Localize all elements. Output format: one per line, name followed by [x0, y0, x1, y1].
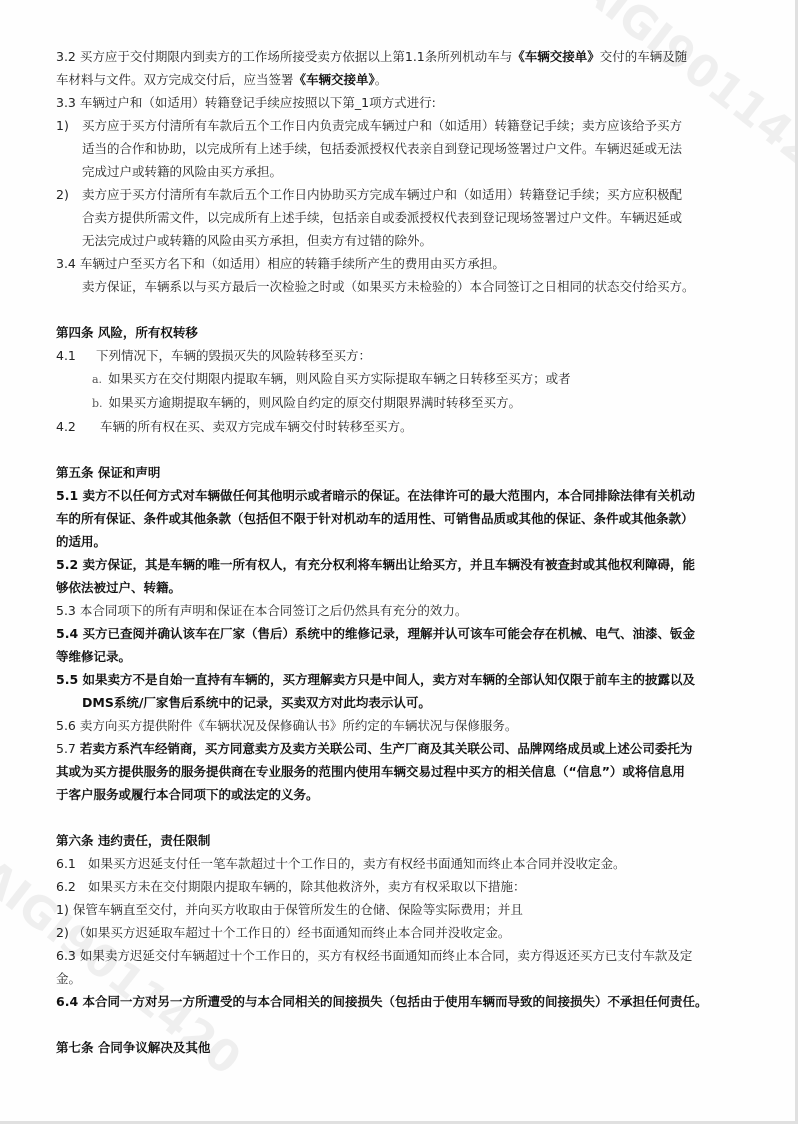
clause-number: 5.4 [56, 626, 78, 641]
clause-3-3-item-2-line-1: 2)卖方应于买方付清所有车款后五个工作日内协助买方完成车辆过户和（如适用）转籍登… [56, 183, 746, 206]
clause-number: 5.6 [56, 718, 76, 733]
clause-4-1: 4.1下列情况下，车辆的毁损灭失的风险转移至买方： [56, 344, 746, 367]
clause-text: 若卖方系汽车经销商，买方同意卖方及卖方关联公司、生产厂商及其关联公司、品牌网络成… [80, 741, 693, 756]
item-text: 合卖方提供所需文件，以完成所有上述手续，包括亲自或委派授权代表到登记现场签署过户… [82, 210, 682, 225]
clause-3-2-line-2: 车材料与文件。双方完成交付后，应当签署《车辆交接单》。 [56, 68, 746, 91]
clause-3-3-item-2-line-2: 合卖方提供所需文件，以完成所有上述手续，包括亲自或委派授权代表到登记现场签署过户… [56, 206, 746, 229]
clause-5-6: 5.6 卖方向买方提供附件《车辆状况及保修确认书》所约定的车辆状况与保修服务。 [56, 714, 746, 737]
sub-letter: b. [92, 397, 103, 410]
clause-6-4: 6.4 本合同一方对另一方所遭受的与本合同相关的间接损失（包括由于使用车辆而导致… [56, 990, 746, 1013]
clause-text: 交付的车辆及随 [600, 49, 688, 64]
clause-3-2-line-1: 3.2 买方应于交付期限内到卖方的工作场所接受卖方依据以上第1.1条所列机动车与… [56, 45, 746, 68]
sub-text: 如果买方逾期提取车辆的，则风险自约定的原交付期限界满时转移至买方。 [109, 395, 522, 410]
clause-number: 4.2 [56, 415, 100, 438]
item-text: 完成过户或转籍的风险由买方承担。 [82, 164, 282, 179]
clause-5-5-line-2: DMS系统/厂家售后系统中的记录，买卖双方对此均表示认可。 [56, 691, 746, 714]
clause-6-2-item-2: 2) （如果买方迟延取车超过十个工作日的）经书面通知而终止本合同并没收定金。 [56, 921, 746, 944]
clause-3-3: 3.3 车辆过户和（如适用）转籍登记手续应按照以下第_1项方式进行: [56, 91, 746, 114]
clause-6-1: 6.1如果买方迟延支付任一笔车款超过十个工作日的，卖方有权经书面通知而终止本合同… [56, 852, 746, 875]
clause-6-3-line-2: 金。 [56, 967, 746, 990]
clause-5-2-line-1: 5.2 卖方保证，其是车辆的唯一所有权人，有充分权利将车辆出让给买方，并且车辆没… [56, 553, 746, 576]
clause-4-2: 4.2车辆的所有权在买、卖双方完成车辆交付时转移至买方。 [56, 415, 746, 438]
clause-5-7-line-1: 5.7 若卖方系汽车经销商，买方同意卖方及卖方关联公司、生产厂商及其关联公司、品… [56, 737, 746, 760]
clause-5-1-line-3: 的适用。 [56, 530, 746, 553]
fill-blank: _1 [355, 95, 369, 110]
item-text: 适当的合作和协助，以完成所有上述手续，包括委派授权代表亲自到登记现场签署过户文件… [82, 141, 682, 156]
clause-text-bold: 《车辆交接单》 [294, 72, 375, 87]
clause-text: 项方式进行: [369, 95, 436, 110]
clause-number: 6.4 [56, 994, 78, 1009]
clause-5-4-line-1: 5.4 买方已查阅并确认该车在厂家（售后）系统中的维修记录，理解并认可该车可能会… [56, 622, 746, 645]
clause-5-3: 5.3 本合同项下的所有声明和保证在本合同签订之后仍然具有充分的效力。 [56, 599, 746, 622]
clause-text: 如果买方未在交付期限内提取车辆的，除其他救济外，卖方有权采取以下措施： [88, 879, 526, 894]
clause-number: 5.1 [56, 488, 78, 503]
clause-3-3-item-1-line-3: 完成过户或转籍的风险由买方承担。 [56, 160, 746, 183]
item-text: 无法完成过户或转籍的风险由买方承担，但卖方有过错的除外。 [82, 233, 432, 248]
item-text: （如果买方迟延取车超过十个工作日的）经书面通知而终止本合同并没收定金。 [73, 925, 511, 940]
clause-6-2: 6.2如果买方未在交付期限内提取车辆的，除其他救济外，卖方有权采取以下措施： [56, 875, 746, 898]
clause-number: 3.3 [56, 95, 76, 110]
clause-text: 下列情况下，车辆的毁损灭失的风险转移至买方： [96, 348, 371, 363]
clause-5-5-line-1: 5.5 如果卖方不是自始一直持有车辆的，买方理解卖方只是中间人，卖方对车辆的全部… [56, 668, 746, 691]
sub-letter: a. [92, 373, 102, 386]
clause-5-2-line-2: 够依法被过户、转籍。 [56, 576, 746, 599]
clause-text-bold: 《车辆交接单》 [512, 49, 600, 64]
clause-6-2-item-1: 1) 保管车辆直至交付，并向买方收取由于保管所发生的仓储、保险等实际费用；并且 [56, 898, 746, 921]
clause-3-3-item-1-line-2: 适当的合作和协助，以完成所有上述手续，包括委派授权代表亲自到登记现场签署过户文件… [56, 137, 746, 160]
item-number: 2) [56, 925, 69, 940]
clause-4-1-sub-b: b.如果买方逾期提取车辆的，则风险自约定的原交付期限界满时转移至买方。 [56, 391, 746, 415]
document-page: AIGI9011420 AIGI9011420 3.2 买方应于交付期限内到卖方… [0, 0, 795, 1121]
clause-text: 如果卖方不是自始一直持有车辆的，买方理解卖方只是中间人，卖方对车辆的全部认知仅限… [83, 672, 696, 687]
clause-5-7-line-2: 其或为买方提供服务的服务提供商在专业服务的范围内使用车辆交易过程中买方的相关信息… [56, 760, 746, 783]
clause-4-1-sub-a: a.如果买方在交付期限内提取车辆，则风险自买方实际提取车辆之日转移至买方；或者 [56, 367, 746, 391]
clause-text: 买方已查阅并确认该车在厂家（售后）系统中的维修记录，理解并认可该车可能会存在机械… [83, 626, 696, 641]
clause-text: 车辆过户至买方名下和（如适用）相应的转籍手续所产生的费用由买方承担。 [80, 256, 505, 271]
clause-text: 本合同一方对另一方所遭受的与本合同相关的间接损失（包括由于使用车辆而导致的间接损… [83, 994, 708, 1009]
clause-text: 车辆过户和（如适用）转籍登记手续应按照以下第 [80, 95, 355, 110]
clause-text: 车材料与文件。双方完成交付后，应当签署 [56, 72, 294, 87]
clause-number: 6.3 [56, 948, 76, 963]
clause-text: 如果买方迟延支付任一笔车款超过十个工作日的，卖方有权经书面通知而终止本合同并没收… [88, 856, 626, 871]
clause-6-3-line-1: 6.3 如果卖方迟延交付车辆超过十个工作日的，买方有权经书面通知而终止本合同，卖… [56, 944, 746, 967]
clause-3-4-line-2: 卖方保证，车辆系以与买方最后一次检验之时或（如果买方未检验的）本合同签订之日相同… [56, 275, 746, 298]
clause-number: 5.3 [56, 603, 76, 618]
clause-number: 3.2 [56, 49, 76, 64]
clause-text: 卖方不以任何方式对车辆做任何其他明示或者暗示的保证。在法律许可的最大范围内，本合… [83, 488, 696, 503]
section-heading-6: 第六条 违约责任，责任限制 [56, 829, 746, 852]
clause-number: 3.4 [56, 256, 76, 271]
item-number: 2) [56, 183, 82, 206]
clause-text: 如果卖方迟延交付车辆超过十个工作日的，买方有权经书面通知而终止本合同，卖方得返还… [80, 948, 693, 963]
clause-3-3-item-1-line-1: 1)买方应于买方付清所有车款后五个工作日内负责完成车辆过户和（如适用）转籍登记手… [56, 114, 746, 137]
item-text: 卖方应于买方付清所有车款后五个工作日内协助买方完成车辆过户和（如适用）转籍登记手… [82, 187, 682, 202]
clause-text: 买方应于交付期限内到卖方的工作场所接受卖方依据以上第1.1条所列机动车与 [80, 49, 512, 64]
clause-3-4-line-1: 3.4 车辆过户至买方名下和（如适用）相应的转籍手续所产生的费用由买方承担。 [56, 252, 746, 275]
item-text: 买方应于买方付清所有车款后五个工作日内负责完成车辆过户和（如适用）转籍登记手续；… [82, 118, 682, 133]
clause-5-7-line-3: 于客户服务或履行本合同项下的或法定的义务。 [56, 783, 746, 806]
clause-number: 5.7 [56, 741, 76, 756]
clause-number: 4.1 [56, 344, 96, 367]
clause-5-4-line-2: 等维修记录。 [56, 645, 746, 668]
document-content: 3.2 买方应于交付期限内到卖方的工作场所接受卖方依据以上第1.1条所列机动车与… [56, 45, 746, 1059]
clause-text: 车辆的所有权在买、卖双方完成车辆交付时转移至买方。 [100, 419, 413, 434]
clause-text: 卖方向买方提供附件《车辆状况及保修确认书》所约定的车辆状况与保修服务。 [80, 718, 518, 733]
clause-text: 本合同项下的所有声明和保证在本合同签订之后仍然具有充分的效力。 [80, 603, 468, 618]
item-text: 保管车辆直至交付，并向买方收取由于保管所发生的仓储、保险等实际费用；并且 [73, 902, 523, 917]
clause-number: 6.2 [56, 875, 88, 898]
clause-5-1-line-2: 车的所有保证、条件或其他条款（包括但不限于针对机动车的适用性、可销售品质或其他的… [56, 507, 746, 530]
item-number: 1) [56, 114, 82, 137]
clause-number: 5.5 [56, 672, 78, 687]
clause-5-1-line-1: 5.1 卖方不以任何方式对车辆做任何其他明示或者暗示的保证。在法律许可的最大范围… [56, 484, 746, 507]
clause-text: 。 [375, 72, 388, 87]
sub-text: 如果买方在交付期限内提取车辆，则风险自买方实际提取车辆之日转移至买方；或者 [108, 371, 571, 386]
clause-text: 卖方保证，车辆系以与买方最后一次检验之时或（如果买方未检验的）本合同签订之日相同… [82, 279, 695, 294]
clause-number: 5.2 [56, 557, 78, 572]
clause-number: 6.1 [56, 852, 88, 875]
clause-3-3-item-2-line-3: 无法完成过户或转籍的风险由买方承担，但卖方有过错的除外。 [56, 229, 746, 252]
section-heading-7: 第七条 合同争议解决及其他 [56, 1036, 746, 1059]
clause-text: 卖方保证，其是车辆的唯一所有权人，有充分权利将车辆出让给买方，并且车辆没有被查封… [83, 557, 696, 572]
section-heading-4: 第四条 风险，所有权转移 [56, 321, 746, 344]
item-number: 1) [56, 902, 69, 917]
section-heading-5: 第五条 保证和声明 [56, 461, 746, 484]
